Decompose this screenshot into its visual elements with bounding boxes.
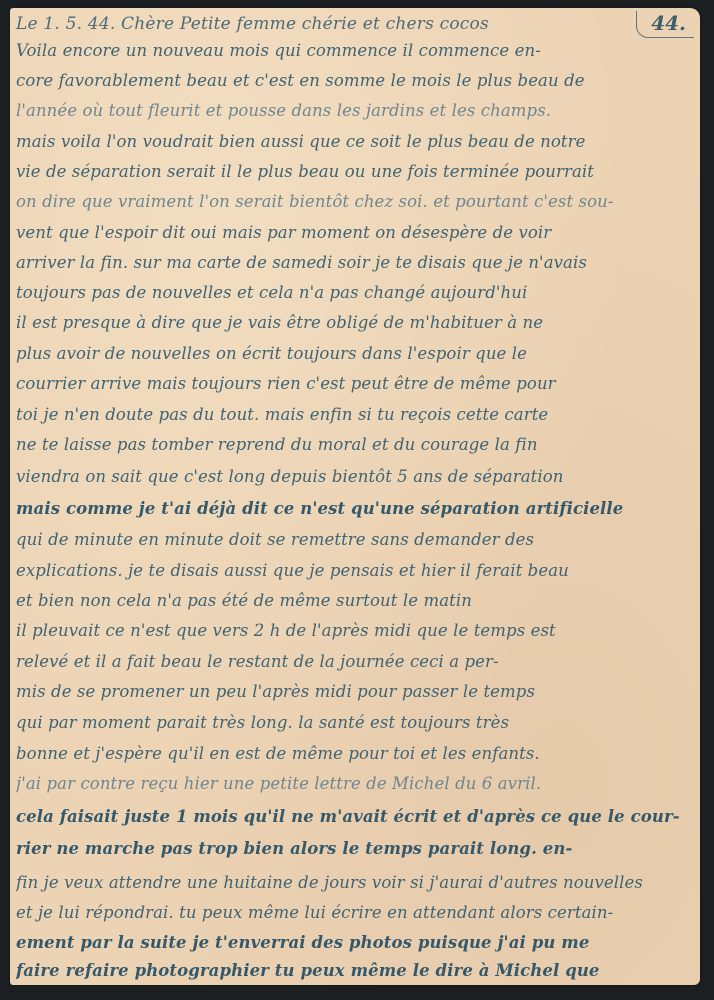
letter-line: relevé et il a fait beau le restant de l… [16, 651, 692, 673]
letter-line: toujours pas de nouvelles et cela n'a pa… [16, 282, 692, 304]
letter-line: ne te laisse pas tomber reprend du moral… [16, 434, 692, 456]
letter-line: rier ne marche pas trop bien alors le te… [16, 838, 692, 860]
letter-line: cela faisait juste 1 mois qu'il ne m'ava… [16, 806, 692, 828]
letter-line: et je lui répondrai. tu peux même lui éc… [16, 902, 692, 924]
letter-line: faire refaire photographier tu peux même… [16, 960, 692, 982]
letter-body: Voila encore un nouveau mois qui commenc… [10, 8, 700, 985]
letter-line: l'année où tout fleurit et pousse dans l… [16, 100, 692, 122]
letter-line: courrier arrive mais toujours rien c'est… [16, 373, 692, 395]
letter-line: il est presque à dire que je vais être o… [16, 312, 692, 334]
letter-line: viendra on sait que c'est long depuis bi… [16, 466, 692, 488]
letter-line: toi je n'en doute pas du tout. mais enfi… [16, 404, 692, 426]
letter-line: vie de séparation serait il le plus beau… [16, 161, 692, 183]
letter-line: mais comme je t'ai déjà dit ce n'est qu'… [16, 498, 692, 520]
letter-line: explications. je te disais aussi que je … [16, 560, 692, 582]
letter-line: mis de se promener un peu l'après midi p… [16, 681, 692, 703]
letter-line: on dire que vraiment l'on serait bientôt… [16, 191, 692, 213]
letter-line: Voila encore un nouveau mois qui commenc… [16, 40, 692, 62]
letter-line: core favorablement beau et c'est en somm… [16, 70, 692, 92]
letter-line: et bien non cela n'a pas été de même sur… [16, 590, 692, 612]
letter-line: arriver la fin. sur ma carte de samedi s… [16, 252, 692, 274]
letter-line: vent que l'espoir dit oui mais par momen… [16, 222, 692, 244]
letter-line: plus avoir de nouvelles on écrit toujour… [16, 343, 692, 365]
letter-line: ement par la suite je t'enverrai des pho… [16, 932, 692, 954]
letter-line: qui par moment parait très long. la sant… [16, 712, 692, 734]
postcard: Le 1. 5. 44. Chère Petite femme chérie e… [10, 8, 700, 985]
letter-line: qui de minute en minute doit se remettre… [16, 529, 692, 551]
letter-line: mais voila l'on voudrait bien aussi que … [16, 131, 692, 153]
letter-line: j'ai par contre reçu hier une petite let… [16, 773, 692, 795]
letter-line: bonne et j'espère qu'il en est de même p… [16, 743, 692, 765]
letter-line: il pleuvait ce n'est que vers 2 h de l'a… [16, 620, 692, 642]
letter-line: fin je veux attendre une huitaine de jou… [16, 872, 692, 894]
